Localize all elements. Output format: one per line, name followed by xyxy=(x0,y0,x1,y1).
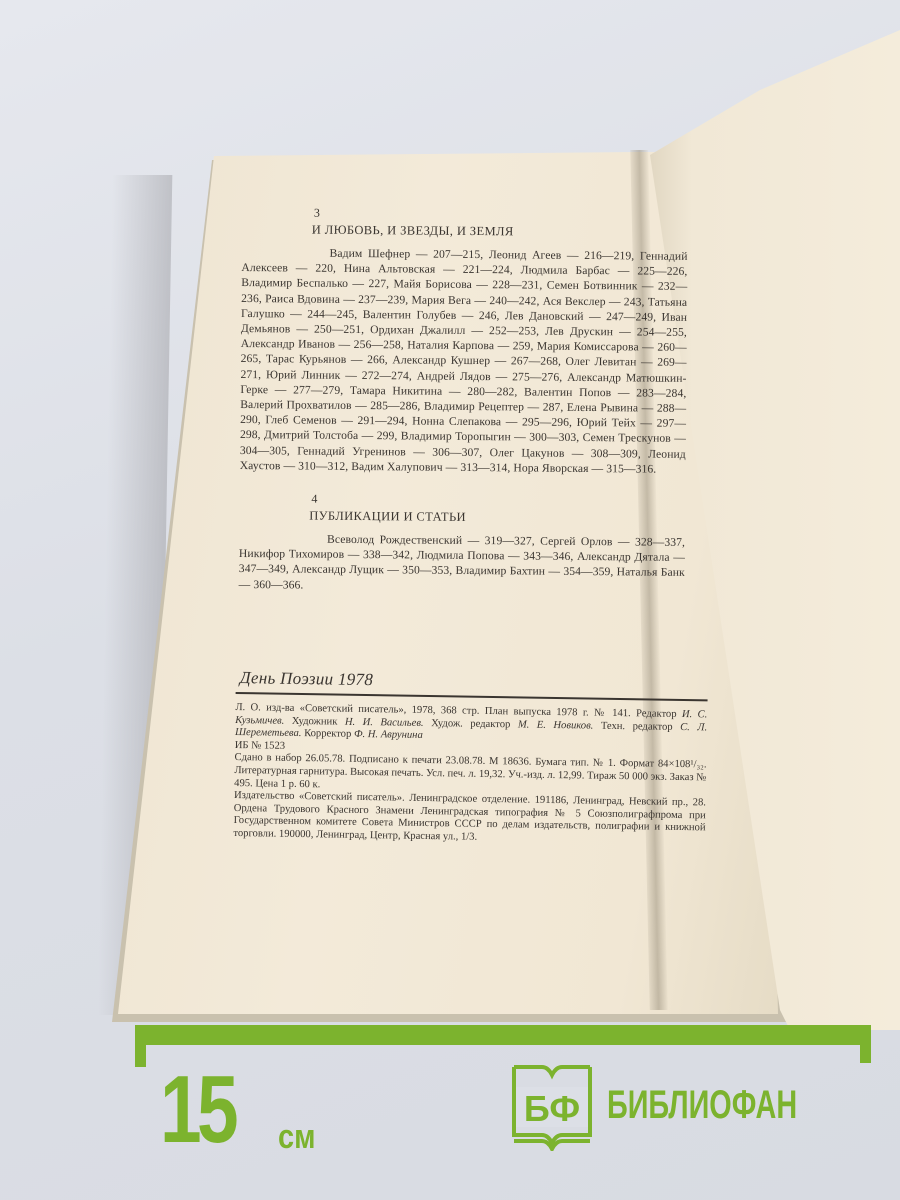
colophon: День Поэзии 1978 Л. О. изд-ва «Советский… xyxy=(233,668,708,848)
section-number: 3 xyxy=(314,206,688,223)
tech-editor-label: Техн. редактор xyxy=(601,720,673,732)
corrector-name: Ф. Н. Аврунина xyxy=(354,729,423,741)
artist-label: Художник xyxy=(292,715,338,727)
open-book-icon: БФ xyxy=(508,1063,596,1151)
ruler-number: 15 xyxy=(160,1062,234,1158)
ruler-tick-right xyxy=(860,1025,871,1063)
section-number: 4 xyxy=(311,492,685,509)
ruler-unit: см xyxy=(278,1118,315,1157)
artist-name: Н. И. Васильев. xyxy=(345,716,424,728)
logo-monogram: БФ xyxy=(524,1088,580,1129)
ruler-bar xyxy=(135,1025,870,1045)
logo-name: БИБЛИОФАН xyxy=(607,1083,797,1128)
corrector-label: Корректор xyxy=(304,728,351,740)
section-title: ПУБЛИКАЦИИ И СТАТЬИ xyxy=(309,508,685,527)
section-body: Всеволод Рождественский — 319—327, Серге… xyxy=(239,531,686,596)
publisher-info: Издательство «Советский писатель». Ленин… xyxy=(233,790,706,848)
section-body: Вадим Шефнер — 207—215, Леонид Агеев — 2… xyxy=(240,245,688,477)
section-4: 4 ПУБЛИКАЦИИ И СТАТЬИ Всеволод Рождестве… xyxy=(239,491,686,596)
art-editor-label: Худож. редактор xyxy=(431,718,510,730)
ruler-tick-left xyxy=(135,1025,146,1067)
ruler-label: 15 см xyxy=(160,1062,255,1158)
contents-text: 3 И ЛЮБОВЬ, И ЗВЕЗДЫ, И ЗЕМЛЯ Вадим Шефн… xyxy=(239,205,688,596)
section-3: 3 И ЛЮБОВЬ, И ЗВЕЗДЫ, И ЗЕМЛЯ Вадим Шефн… xyxy=(240,205,688,477)
section-title: И ЛЮБОВЬ, И ЗВЕЗДЫ, И ЗЕМЛЯ xyxy=(312,222,688,241)
imprint-text: Л. О. изд-ва «Советский писатель», 1978,… xyxy=(233,702,707,848)
art-editor-name: М. Е. Новиков. xyxy=(518,719,594,731)
